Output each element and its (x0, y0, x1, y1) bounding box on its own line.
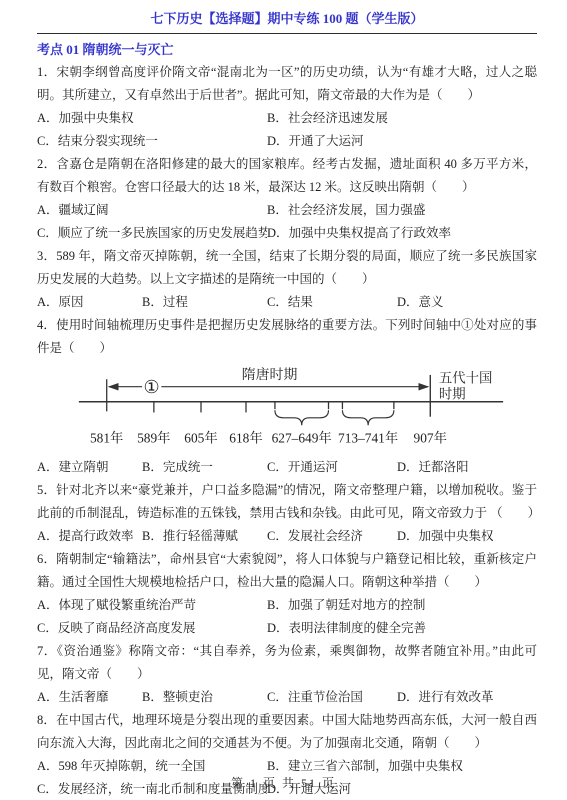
section-heading: 考点 01 隋朝统一与灭亡 (37, 38, 537, 61)
option-d: D．表明法律制度的健全完善 (267, 617, 537, 640)
question-text: 3．589 年，隋文帝灭掉陈朝，统一全国，结束了长期分裂的局面，顺应了统一多民族… (37, 245, 537, 291)
option-c: C．结束分裂实现统一 (37, 130, 267, 153)
option-c: C．结果 (267, 291, 397, 314)
period-label: 隋唐时期 (242, 367, 298, 383)
option-b: B．社会经济发展，国力强盛 (267, 199, 537, 222)
option-d: D．加强中央集权 (397, 525, 537, 548)
question-body: 含嘉仓是隋朝在洛阳修建的最大的国家粮库。经考古发掘，遗址面积 40 多万平方米，… (37, 157, 537, 194)
year-label-581: 581年 (90, 429, 123, 445)
options-row: C．结束分裂实现统一 D．开通了大运河 (37, 130, 537, 153)
question-text: 8．在中国古代，地理环境是分裂出现的重要因素。中国大陆地势西高东低，大河一般自西… (37, 709, 537, 755)
option-c: C．开通运河 (267, 456, 397, 479)
question-body: 在中国古代，地理环境是分裂出现的重要因素。中国大陆地势西高东低，大河一般自西向东… (37, 713, 537, 750)
options-row: A．加强中央集权 B．社会经济迅速发展 (37, 107, 537, 130)
year-label-618: 618年 (229, 429, 262, 445)
question-5: 5．针对北齐以来“豪党兼并，户口益多隐漏”的情况，隋文帝整理户籍，以增加税收。鉴… (37, 479, 537, 548)
options-row: C．顺应了统一多民族国家的历史发展趋势 D．加强中央集权提高了行政效率 (37, 222, 537, 245)
question-4: 4．使用时间轴梳理历史事件是把握历史发展脉络的重要方法。下列时间轴中①处对应的事… (37, 314, 537, 479)
option-b: B．加强了朝廷对地方的控制 (267, 594, 537, 617)
year-label-907: 907年 (414, 429, 447, 445)
arrow-right-head (419, 383, 430, 391)
option-a: A．原因 (37, 291, 142, 314)
title-divider (37, 33, 537, 34)
question-text: 1．宋朝李纲曾高度评价隋文帝“混南北为一区”的历史功绩，认为“有雄才大略，过人之… (37, 61, 537, 107)
option-d: D．进行有效改革 (397, 686, 537, 709)
document-page: 七下历史【选择题】期中专练 100 题（学生版） 考点 01 隋朝统一与灭亡 1… (0, 0, 567, 800)
question-3: 3．589 年，隋文帝灭掉陈朝，统一全国，结束了长期分裂的局面，顺应了统一多民族… (37, 245, 537, 314)
range2-brace (342, 410, 393, 425)
arrow-left-head (108, 383, 119, 391)
options-row: A．疆域辽阔 B．社会经济发展，国力强盛 (37, 199, 537, 222)
option-c: C．反映了商品经济高度发展 (37, 617, 267, 640)
options-row: A．原因 B．过程 C．结果 D．意义 (37, 291, 537, 314)
question-body: 针对北齐以来“豪党兼并，户口益多隐漏”的情况，隋文帝整理户籍，以增加税收。鉴于此… (37, 483, 540, 520)
options-row: A．建立隋朝 B．完成统一 C．开通运河 D．迁都洛阳 (37, 456, 537, 479)
options-row: A．体现了赋役繁重统治严苛 B．加强了朝廷对地方的控制 (37, 594, 537, 617)
option-d: D．加强中央集权提高了行政效率 (267, 222, 537, 245)
option-c: C．顺应了统一多民族国家的历史发展趋势 (37, 222, 267, 245)
question-7: 7．《资治通鉴》称隋文帝：“其自奉养，务为俭素，乘舆御物，故弊者随宜补用。”由此… (37, 640, 537, 709)
year-label-713-741: 713–741年 (338, 429, 398, 445)
timeline-figure-container: ① 隋唐时期 五代十国 时期 (45, 361, 537, 456)
question-body: 使用时间轴梳理历史事件是把握历史发展脉络的重要方法。下列时间轴中①处对应的事件是… (37, 318, 537, 355)
question-body: 宋朝李纲曾高度评价隋文帝“混南北为一区”的历史功绩，认为“有雄才大略，过人之聪明… (37, 65, 537, 102)
page-title: 七下历史【选择题】期中专练 100 题（学生版） (37, 10, 537, 28)
question-number: 5． (37, 483, 56, 497)
question-number: 8． (37, 713, 56, 727)
option-a: A．疆域辽阔 (37, 199, 267, 222)
option-a: A．体现了赋役繁重统治严苛 (37, 594, 267, 617)
question-number: 4． (37, 318, 56, 332)
question-body: 《资治通鉴》称隋文帝：“其自奉养，务为俭素，乘舆御物，故弊者随宜补用。”由此可见… (37, 644, 537, 681)
option-b: B．过程 (142, 291, 267, 314)
options-row: C．反映了商品经济高度发展 D．表明法律制度的健全完善 (37, 617, 537, 640)
year-label-589: 589年 (137, 429, 170, 445)
option-d: D．意义 (397, 291, 537, 314)
question-number: 3． (37, 249, 56, 263)
option-a: A．加强中央集权 (37, 107, 267, 130)
timeline-figure: ① 隋唐时期 五代十国 时期 (75, 361, 507, 451)
question-body: 589 年，隋文帝灭掉陈朝，统一全国，结束了长期分裂的局面，顺应了统一多民族国家… (37, 249, 537, 286)
option-a: A．提高行政效率 (37, 525, 142, 548)
question-text: 2．含嘉仓是隋朝在洛阳修建的最大的国家粮库。经考古发掘，遗址面积 40 多万平方… (37, 153, 537, 199)
option-c: C．注重节俭治国 (267, 686, 397, 709)
option-b: B．推行轻徭薄赋 (142, 525, 267, 548)
option-a: A．建立隋朝 (37, 456, 142, 479)
page-footer: 第 1 页 共 51 页 (0, 774, 567, 791)
question-text: 7．《资治通鉴》称隋文帝：“其自奉养，务为俭素，乘舆御物，故弊者随宜补用。”由此… (37, 640, 537, 686)
timeline-marker: ① (144, 377, 160, 397)
question-number: 6． (37, 552, 56, 566)
question-text: 4．使用时间轴梳理历史事件是把握历史发展脉络的重要方法。下列时间轴中①处对应的事… (37, 314, 537, 360)
question-text: 6．隋朝制定“输籍法”，命州县官“大索貌阅”，将人口体貌与户籍登记相比较，重新核… (37, 548, 537, 594)
option-b: B．社会经济迅速发展 (267, 107, 537, 130)
option-b: B．完成统一 (142, 456, 267, 479)
question-text: 5．针对北齐以来“豪党兼并，户口益多隐漏”的情况，隋文帝整理户籍，以增加税收。鉴… (37, 479, 537, 525)
year-label-627-649: 627–649年 (272, 429, 332, 445)
range1-brace (275, 410, 329, 425)
option-b: B．整顿吏治 (142, 686, 267, 709)
options-row: A．生活奢靡 B．整顿吏治 C．注重节俭治国 D．进行有效改革 (37, 686, 537, 709)
option-c: C．发展社会经济 (267, 525, 397, 548)
question-2: 2．含嘉仓是隋朝在洛阳修建的最大的国家粮库。经考古发掘，遗址面积 40 多万平方… (37, 153, 537, 245)
question-number: 1． (37, 65, 56, 79)
era-label-line1: 五代十国 (439, 370, 493, 385)
option-a: A．生活奢靡 (37, 686, 142, 709)
option-d: D．迁都洛阳 (397, 456, 537, 479)
options-row: A．提高行政效率 B．推行轻徭薄赋 C．发展社会经济 D．加强中央集权 (37, 525, 537, 548)
question-body: 隋朝制定“输籍法”，命州县官“大索貌阅”，将人口体貌与户籍登记相比较，重新核定户… (37, 552, 537, 589)
year-label-605: 605年 (184, 429, 217, 445)
question-number: 7． (37, 644, 57, 658)
question-1: 1．宋朝李纲曾高度评价隋文帝“混南北为一区”的历史功绩，认为“有雄才大略，过人之… (37, 61, 537, 153)
era-label-line2: 时期 (439, 387, 466, 402)
option-d: D．开通了大运河 (267, 130, 537, 153)
question-6: 6．隋朝制定“输籍法”，命州县官“大索貌阅”，将人口体貌与户籍登记相比较，重新核… (37, 548, 537, 640)
question-number: 2． (37, 157, 56, 171)
